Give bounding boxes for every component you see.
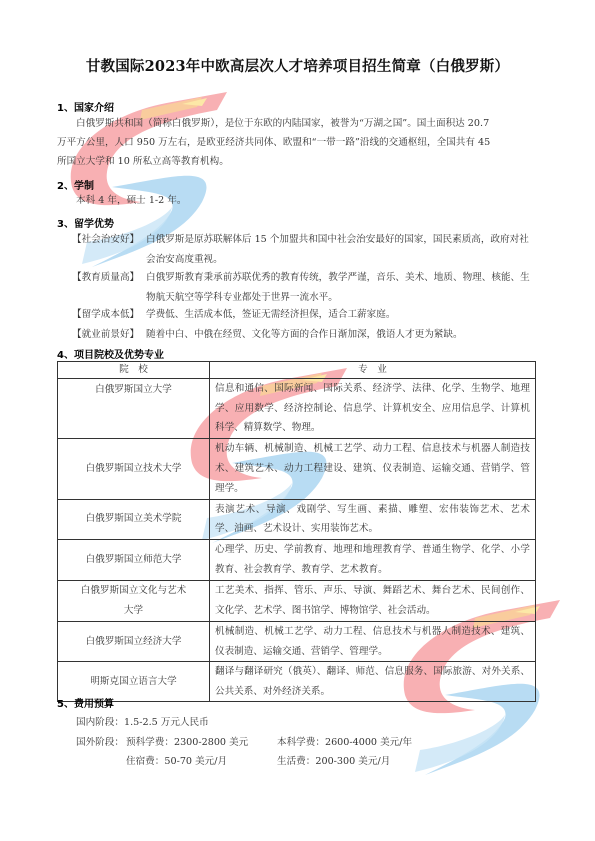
majors-cell: 工艺美术、指挥、管乐、声乐、导演、舞蹈艺术、舞台艺术、民间创作、文化学、艺术学、… [210, 580, 536, 621]
fee-label: 预科学费： [126, 737, 174, 748]
section-heading-budget: 5、费用预算 [57, 695, 114, 710]
table-row: 白俄罗斯国立经济大学 机械制造、机械工艺学、动力工程、信息技术与机器人制造技术、… [58, 621, 536, 661]
living-expenses: 生活费：200-300 美元/月 [277, 753, 390, 767]
fee-label: 住宿费： [126, 756, 164, 767]
majors-cell: 机动车辆、机械制造、机械工艺学、动力工程、信息技术与机器人制造技术、建筑艺术、动… [210, 438, 536, 499]
majors-cell: 表演艺术、导演、戏剧学、写生画、素描、雕塑、宏伟装饰艺术、艺术学、油画、艺术设计… [210, 499, 536, 539]
table-row: 明斯克国立语言大学 翻译与翻译研究（俄英）、翻译、师范、信息服务、国际旅游、对外… [58, 662, 536, 702]
advantage-item-safety: 【社会治安好】白俄罗斯是原苏联解体后 15 个加盟共和国中社会治安最好的国家，国… [72, 230, 542, 269]
table-row: 白俄罗斯国立文化与艺术大学 工艺美术、指挥、管乐、声乐、导演、舞蹈艺术、舞台艺术… [58, 580, 536, 621]
accommodation-fee: 住宿费：50-70 美元/月 [126, 753, 227, 767]
section-heading-country-intro: 1、国家介绍 [57, 99, 114, 114]
table-row: 白俄罗斯国立技术大学 机动车辆、机械制造、机械工艺学、动力工程、信息技术与机器人… [58, 438, 536, 499]
advantage-text: 白俄罗斯教育秉承前苏联优秀的教育传统，教学严谨，音乐、美术、地质、物理、核能、生… [146, 268, 538, 307]
advantage-item-employment: 【就业前景好】随着中白、中俄在经贸、文化等方面的合作日渐加深，俄语人才更为紧缺。 [72, 325, 542, 345]
fee-value: 2600-4000 美元/年 [325, 737, 412, 748]
fee-value: 200-300 美元/月 [315, 756, 390, 767]
advantage-label: 【社会治安好】 [72, 230, 146, 250]
advantage-label: 【留学成本低】 [72, 305, 146, 325]
school-cell: 白俄罗斯国立美术学院 [58, 499, 210, 539]
table-row: 白俄罗斯国立美术学院 表演艺术、导演、戏剧学、写生画、素描、雕塑、宏伟装饰艺术、… [58, 499, 536, 539]
school-cell: 白俄罗斯国立师范大学 [58, 539, 210, 580]
country-intro-line-1: 白俄罗斯共和国（简称白俄罗斯），是位于东欧的内陆国家，被誉为“万湖之国”。国土面… [76, 114, 489, 133]
section-heading-programs: 4、项目院校及优势专业 [57, 346, 164, 361]
table-header-row: 院 校 专 业 [58, 362, 536, 379]
advantage-item-cost: 【留学成本低】学费低、生活成本低，签证无需经济担保，适合工薪家庭。 [72, 305, 542, 325]
advantage-text: 学费低、生活成本低，签证无需经济担保，适合工薪家庭。 [146, 305, 538, 325]
majors-cell: 心理学、历史、学前教育、地理和地理教育学、普通生物学、化学、小学教育、社会教育学… [210, 539, 536, 580]
table-row: 白俄罗斯国立师范大学 心理学、历史、学前教育、地理和地理教育学、普通生物学、化学… [58, 539, 536, 580]
domestic-fee-value: 1.5-2.5 万元人民币 [124, 717, 209, 728]
advantage-text: 白俄罗斯是原苏联解体后 15 个加盟共和国中社会治安最好的国家，国民素质高，政府… [146, 230, 538, 269]
school-cell: 白俄罗斯国立经济大学 [58, 621, 210, 661]
document-page: 甘教国际2023年中欧高层次人才培养项目招生简章（白俄罗斯） 1、国家介绍 白俄… [0, 0, 595, 841]
school-cell: 白俄罗斯国立大学 [58, 379, 210, 439]
column-header-major: 专 业 [210, 362, 536, 379]
undergraduate-tuition: 本科学费：2600-4000 美元/年 [277, 734, 412, 748]
column-header-school: 院 校 [58, 362, 210, 379]
section-heading-academic-system: 2、学制 [57, 177, 94, 192]
advantage-text: 随着中白、中俄在经贸、文化等方面的合作日渐加深，俄语人才更为紧缺。 [146, 325, 538, 345]
advantage-label: 【教育质量高】 [72, 268, 146, 288]
section-heading-advantages: 3、留学优势 [57, 215, 114, 230]
majors-cell: 机械制造、机械工艺学、动力工程、信息技术与机器人制造技术、建筑、仪表制造、运输交… [210, 621, 536, 661]
fee-label: 生活费： [277, 756, 315, 767]
advantage-label: 【就业前景好】 [72, 325, 146, 345]
domestic-fee: 国内阶段：1.5-2.5 万元人民币 [76, 714, 209, 728]
school-cell: 白俄罗斯国立技术大学 [58, 438, 210, 499]
fee-label: 本科学费： [277, 737, 325, 748]
majors-cell: 信息和通信、国际新闻、国际关系、经济学、法律、化学、生物学、地理学、应用数学、经… [210, 379, 536, 439]
country-intro-line-3: 所国立大学和 10 所私立高等教育机构。 [57, 152, 229, 171]
domestic-fee-label: 国内阶段： [76, 717, 124, 728]
school-cell: 白俄罗斯国立文化与艺术大学 [58, 580, 210, 621]
academic-system-text: 本科 4 年，硕士 1-2 年。 [76, 191, 187, 210]
fee-value: 50-70 美元/月 [164, 756, 227, 767]
fee-value: 2300-2800 美元 [174, 737, 248, 748]
foundation-tuition: 预科学费：2300-2800 美元 [126, 734, 248, 748]
majors-cell: 翻译与翻译研究（俄英）、翻译、师范、信息服务、国际旅游、对外关系、公共关系、对外… [210, 662, 536, 702]
table-row: 白俄罗斯国立大学 信息和通信、国际新闻、国际关系、经济学、法律、化学、生物学、地… [58, 379, 536, 439]
abroad-fee-label: 国外阶段： [76, 734, 124, 748]
document-title: 甘教国际2023年中欧高层次人才培养项目招生简章（白俄罗斯） [0, 55, 595, 76]
advantage-item-education: 【教育质量高】白俄罗斯教育秉承前苏联优秀的教育传统，教学严谨，音乐、美术、地质、… [72, 268, 542, 307]
country-intro-line-2: 万平方公里，人口 950 万左右，是欧亚经济共同体、欧盟和“一带一路”沿线的交通… [57, 133, 490, 152]
programs-table: 院 校 专 业 白俄罗斯国立大学 信息和通信、国际新闻、国际关系、经济学、法律、… [57, 361, 536, 702]
